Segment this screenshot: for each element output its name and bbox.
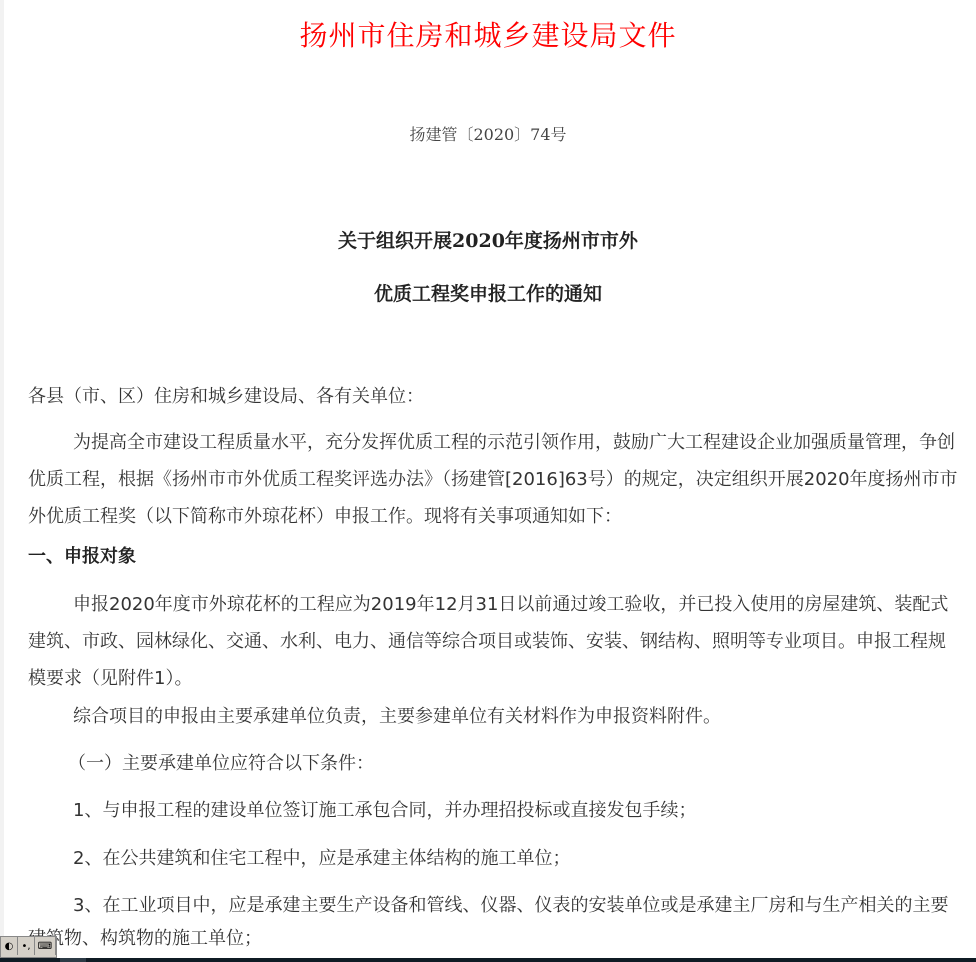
soft-keyboard-icon[interactable]: ⌨ <box>35 937 56 955</box>
condition-item-3: 3、在工业项目中，应是承建主要生产设备和管线、仪器、仪表的安装单位或是承建主厂房… <box>28 889 958 955</box>
section1-paragraph-1: 申报2020年度市外琼花杯的工程应为2019年12月31日以前通过竣工验收，并已… <box>28 586 958 697</box>
condition-item-2: 2、在公共建筑和住宅工程中，应是承建主体结构的施工单位； <box>28 840 958 877</box>
subsection-heading-1: （一）主要承建单位应符合以下条件： <box>68 745 958 782</box>
moon-mode-icon[interactable]: ◐ <box>1 937 18 955</box>
notice-title-line-2: 优质工程奖申报工作的通知 <box>0 279 976 306</box>
taskbar-item[interactable] <box>60 958 86 962</box>
taskbar <box>0 958 976 962</box>
document-masthead: 扬州市住房和城乡建设局文件 <box>0 14 976 54</box>
notice-title-line-1: 关于组织开展2020年度扬州市市外 <box>0 226 976 253</box>
document-number: 扬建管〔2020〕74号 <box>0 122 976 145</box>
intro-paragraph: 为提高全市建设工程质量水平，充分发挥优质工程的示范引领作用，鼓励广大工程建设企业… <box>28 424 958 535</box>
section1-paragraph-2: 综合项目的申报由主要承建单位负责，主要参建单位有关材料作为申报资料附件。 <box>28 698 958 735</box>
section-heading-1: 一、申报对象 <box>28 538 958 575</box>
condition-item-1: 1、与申报工程的建设单位签订施工承包合同，并办理招投标或直接发包手续； <box>28 792 958 829</box>
ime-toolbar: ◐ •, ⌨ <box>0 936 57 958</box>
punctuation-icon[interactable]: •, <box>18 937 35 955</box>
salutation: 各县（市、区）住房和城乡建设局、各有关单位： <box>28 378 958 415</box>
